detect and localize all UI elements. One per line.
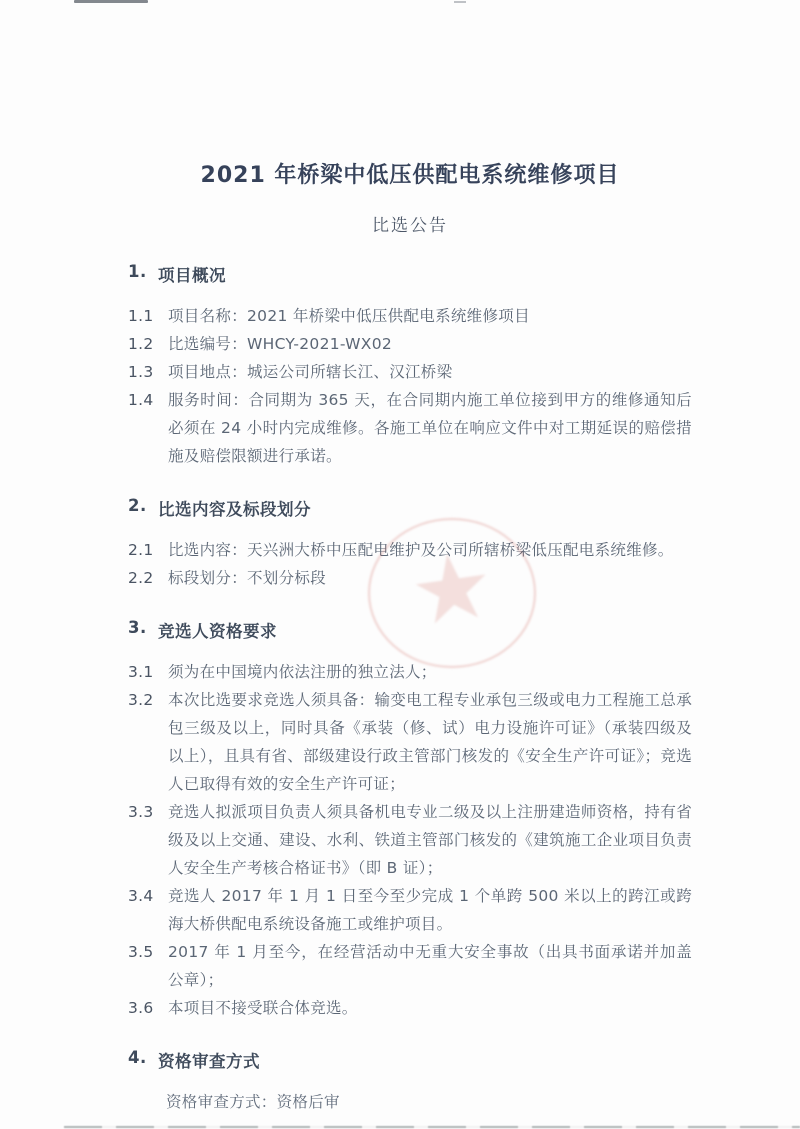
- section-number: 1.: [128, 262, 158, 286]
- section-heading-bid-content: 2. 比选内容及标段划分: [128, 496, 692, 520]
- item-number: 2.1: [128, 536, 168, 564]
- qualification-review-method: 资格审查方式：资格后审: [128, 1088, 692, 1116]
- item-text: 竞选人拟派项目负责人须具备机电专业二级及以上注册建造师资格，持有省级及以上交通、…: [168, 798, 692, 882]
- item-text: 本项目不接受联合体竞选。: [168, 994, 692, 1022]
- scan-artifact-top-center: [454, 1, 466, 3]
- list-item-bid-content: 2.1 比选内容：天兴洲大桥中压配电维护及公司所辖桥梁低压配电系统维修。: [128, 536, 692, 564]
- item-text: 本次比选要求竞选人须具备：输变电工程专业承包三级或电力工程施工总承包三级及以上，…: [168, 686, 692, 798]
- item-number: 1.2: [128, 330, 168, 358]
- document-title: 2021 年桥梁中低压供配电系统维修项目: [128, 158, 692, 189]
- list-item-service-period: 1.4 服务时间：合同期为 365 天，在合同期内施工单位接到甲方的维修通知后必…: [128, 386, 692, 470]
- list-item-project-location: 1.3 项目地点：城运公司所辖长江、汉江桥梁: [128, 358, 692, 386]
- list-item-project-manager: 3.3 竞选人拟派项目负责人须具备机电专业二级及以上注册建造师资格，持有省级及以…: [128, 798, 692, 882]
- list-item-no-consortium: 3.6 本项目不接受联合体竞选。: [128, 994, 692, 1022]
- item-text: 比选内容：天兴洲大桥中压配电维护及公司所辖桥梁低压配电系统维修。: [168, 536, 692, 564]
- item-number: 3.4: [128, 882, 168, 938]
- item-number: 3.5: [128, 938, 168, 994]
- list-item-qualification-grades: 3.2 本次比选要求竞选人须具备：输变电工程专业承包三级或电力工程施工总承包三级…: [128, 686, 692, 798]
- item-text: 标段划分：不划分标段: [168, 564, 692, 592]
- document-page: 2021 年桥梁中低压供配电系统维修项目 比选公告 1. 项目概况 1.1 项目…: [0, 0, 800, 1129]
- list-item-legal-entity: 3.1 须为在中国境内依法注册的独立法人；: [128, 658, 692, 686]
- item-number: 3.2: [128, 686, 168, 798]
- item-number: 1.4: [128, 386, 168, 470]
- scan-artifact-bottom: [64, 1126, 800, 1129]
- section-title: 比选内容及标段划分: [158, 496, 311, 520]
- list-item-lot-division: 2.2 标段划分：不划分标段: [128, 564, 692, 592]
- section-title: 竞选人资格要求: [158, 618, 277, 642]
- item-text: 2017 年 1 月至今，在经营活动中无重大安全事故（出具书面承诺并加盖公章）；: [168, 938, 692, 994]
- list-item-experience: 3.4 竞选人 2017 年 1 月 1 日至今至少完成 1 个单跨 500 米…: [128, 882, 692, 938]
- item-text: 竞选人 2017 年 1 月 1 日至今至少完成 1 个单跨 500 米以上的跨…: [168, 882, 692, 938]
- scan-artifact-top-left: [74, 0, 148, 3]
- section-title: 资格审查方式: [158, 1048, 260, 1072]
- item-text: 服务时间：合同期为 365 天，在合同期内施工单位接到甲方的维修通知后必须在 2…: [168, 386, 692, 470]
- item-number: 1.1: [128, 302, 168, 330]
- item-text: 项目名称：2021 年桥梁中低压供配电系统维修项目: [168, 302, 692, 330]
- list-item-safety-record: 3.5 2017 年 1 月至今，在经营活动中无重大安全事故（出具书面承诺并加盖…: [128, 938, 692, 994]
- section-heading-qualification-review: 4. 资格审查方式: [128, 1048, 692, 1072]
- item-number: 3.6: [128, 994, 168, 1022]
- item-number: 1.3: [128, 358, 168, 386]
- section-title: 项目概况: [158, 262, 226, 286]
- item-text: 须为在中国境内依法注册的独立法人；: [168, 658, 692, 686]
- list-item-project-name: 1.1 项目名称：2021 年桥梁中低压供配电系统维修项目: [128, 302, 692, 330]
- item-number: 3.3: [128, 798, 168, 882]
- section-number: 2.: [128, 496, 158, 520]
- item-text: 比选编号：WHCY-2021-WX02: [168, 330, 692, 358]
- list-item-bid-number: 1.2 比选编号：WHCY-2021-WX02: [128, 330, 692, 358]
- document-subtitle: 比选公告: [128, 211, 692, 236]
- item-number: 2.2: [128, 564, 168, 592]
- item-number: 3.1: [128, 658, 168, 686]
- section-number: 3.: [128, 618, 158, 642]
- item-text: 项目地点：城运公司所辖长江、汉江桥梁: [168, 358, 692, 386]
- section-heading-project-overview: 1. 项目概况: [128, 262, 692, 286]
- section-number: 4.: [128, 1048, 158, 1072]
- section-heading-qualification-requirements: 3. 竞选人资格要求: [128, 618, 692, 642]
